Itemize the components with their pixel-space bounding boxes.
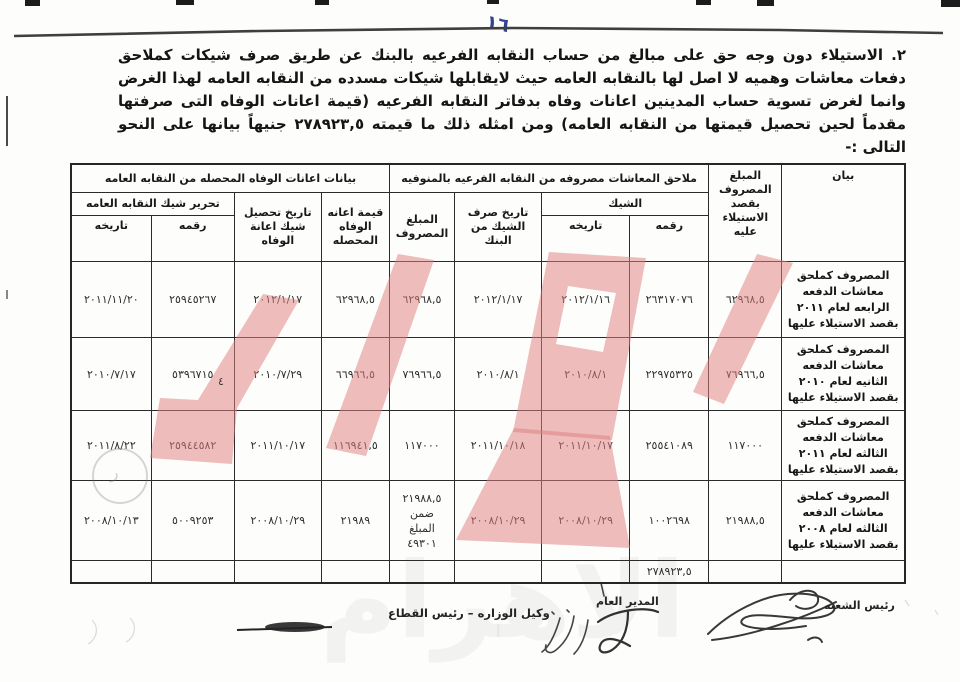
header-general-group: بيانات اعانات الوفاه المحصله من النقابه … (71, 164, 389, 193)
table-row: المصروف كملحق معاشات الدفعه الرابعه لعام… (71, 262, 905, 338)
empty-cell (709, 561, 782, 583)
cell-amount-seized: ١١٧٠٠٠ (709, 411, 782, 481)
cell-cheque-date: ٢٠١٠/٨/١ (542, 338, 630, 411)
cell-amount-spent: ٦٢٩٦٨,٥ (389, 262, 454, 338)
header-subsyndicate-group: ملاحق المعاشات مصروفه من النقابه الفرعيه… (389, 164, 708, 193)
cell-amount-spent: ٧٦٩٦٦,٥ (389, 338, 454, 411)
table-row: المصروف كملحق معاشات الدفعه الثالثه لعام… (71, 411, 905, 481)
cell-general-cheque-date: ٢٠١١/١١/٢٠ (71, 262, 151, 338)
header-general-cheque: تحرير شيك النقابه العامه (71, 193, 234, 216)
empty-cell (234, 561, 321, 583)
cell-amount-spent: ١١٧٠٠٠ (389, 411, 454, 481)
header-statement: بيان (782, 164, 905, 262)
header-cheque-number: رقمه (630, 216, 709, 262)
scanned-document-page: ١٦ ٢. الاستيلاء دون وجه حق على مبالغ من … (0, 0, 960, 682)
cell-bank-cash-date: ٢٠١٢/١/١٧ (455, 262, 542, 338)
cell-cheque-date: ٢٠١١/١٠/١٧ (542, 411, 630, 481)
label-general-manager: المدير العام (596, 595, 659, 608)
cell-benefit-collect-date: ٢٠١٢/١/١٧ (234, 262, 321, 338)
header-general-cheque-number: رقمه (151, 216, 234, 262)
header-benefit-value: قيمة اعانه الوفاه المحصله (321, 193, 389, 262)
cell-benefit-value: ٦٦٩٦٦,٥ (321, 338, 389, 411)
header-bank-cash-date: تاريخ صرف الشيك من البنك (455, 193, 542, 262)
cell-benefit-collect-date: ٢٠٠٨/١٠/٢٩ (234, 481, 321, 561)
ghost-circle-letter: ر (110, 462, 119, 483)
cell-bank-cash-date: ٢٠١٠/٨/١ (455, 338, 542, 411)
header-general-cheque-date: تاريخه (71, 216, 151, 262)
cell-statement: المصروف كملحق معاشات الدفعه الرابعه لعام… (782, 262, 905, 338)
cell-amount-seized: ٢١٩٨٨,٥ (709, 481, 782, 561)
cell-general-cheque-date: ٢٠١٠/٧/١٧ (71, 338, 151, 411)
cell-cheque-number: ٢٦٣١٧٠٧٦ (630, 262, 709, 338)
header-row-groups: بيان المبلغ المصروف بقصد الاستيلاء عليه … (71, 164, 905, 193)
empty-cell (782, 561, 905, 583)
embezzlement-table: بيان المبلغ المصروف بقصد الاستيلاء عليه … (70, 163, 906, 584)
handwritten-page-number: ١٦ (484, 11, 511, 37)
cell-general-cheque-number: ٥٠٠٩٢٥٣ (151, 481, 234, 561)
intro-line: دفعات معاشات وهميه لا اصل لها بالنقابه ا… (118, 67, 906, 90)
cell-statement: المصروف كملحق معاشات الدفعه الثالثه لعام… (782, 411, 905, 481)
cell-benefit-collect-date: ٢٠١٠/٧/٢٩ (234, 338, 321, 411)
header-cheque: الشيك (542, 193, 709, 216)
cell-cheque-date: ٢٠١٢/١/١٦ (542, 262, 630, 338)
cell-amount-seized: ٦٢٩٦٨,٥ (709, 262, 782, 338)
cell-amount-seized: ٧٦٩٦٦,٥ (709, 338, 782, 411)
header-cheque-date: تاريخه (542, 216, 630, 262)
empty-cell (151, 561, 234, 583)
intro-line: وانما لغرض تسوية حساب المدينين اعانات وف… (118, 90, 906, 113)
empty-cell (71, 561, 151, 583)
header-amount-spent: المبلغ المصروف (389, 193, 454, 262)
intro-line: مقدماً لحين تحصيل قيمتها من النقابه العا… (118, 113, 906, 136)
division-head-signature (708, 591, 836, 642)
top-rule-line (14, 28, 943, 36)
cell-benefit-value: ١١٦٩٤١,٥ (321, 411, 389, 481)
intro-line: التالى :- (118, 136, 906, 159)
label-ministry-undersecretary: وكيل الوزاره – رئيس القطاع (388, 606, 550, 620)
table-header: بيان المبلغ المصروف بقصد الاستيلاء عليه … (71, 164, 905, 262)
margin-ink-mark: ٤ (218, 375, 224, 388)
table-wrapper: بيان المبلغ المصروف بقصد الاستيلاء عليه … (70, 163, 906, 584)
cell-general-cheque-number: ٥٣٩٦٧١٥ (151, 338, 234, 411)
cell-statement: المصروف كملحق معاشات الدفعه الثانيه لعام… (782, 338, 905, 411)
cell-statement: المصروف كملحق معاشات الدفعه الثالثه لعام… (782, 481, 905, 561)
table-body: المصروف كملحق معاشات الدفعه الرابعه لعام… (71, 262, 905, 583)
ink-blob (237, 622, 332, 632)
cell-cheque-number: ٢٥٥٤١٠٨٩ (630, 411, 709, 481)
intro-line: ٢. الاستيلاء دون وجه حق على مبالغ من حسا… (118, 44, 906, 67)
scan-edge-marks (25, 0, 960, 7)
cell-benefit-collect-date: ٢٠١١/١٠/١٧ (234, 411, 321, 481)
cell-bank-cash-date: ٢٠١١/١٠/١٨ (455, 411, 542, 481)
cell-benefit-value: ٦٢٩٦٨,٥ (321, 262, 389, 338)
table-row: المصروف كملحق معاشات الدفعه الثانيه لعام… (71, 338, 905, 411)
label-division-head: رئيس الشعبه (824, 599, 895, 612)
header-amount-seized: المبلغ المصروف بقصد الاستيلاء عليه (709, 164, 782, 262)
cell-cheque-number: ٢٢٩٧٥٣٢٥ (630, 338, 709, 411)
cell-general-cheque-number: ٢٥٩٤٥٢٦٧ (151, 262, 234, 338)
header-benefit-collect-date: تاريخ تحصيل شيك اعانة الوفاه (234, 193, 321, 262)
intro-paragraph: ٢. الاستيلاء دون وجه حق على مبالغ من حسا… (118, 44, 906, 159)
ghost-circle-stamp: ر (92, 448, 148, 504)
cell-general-cheque-number: ٢٥٩٤٤٥٨٢ (151, 411, 234, 481)
